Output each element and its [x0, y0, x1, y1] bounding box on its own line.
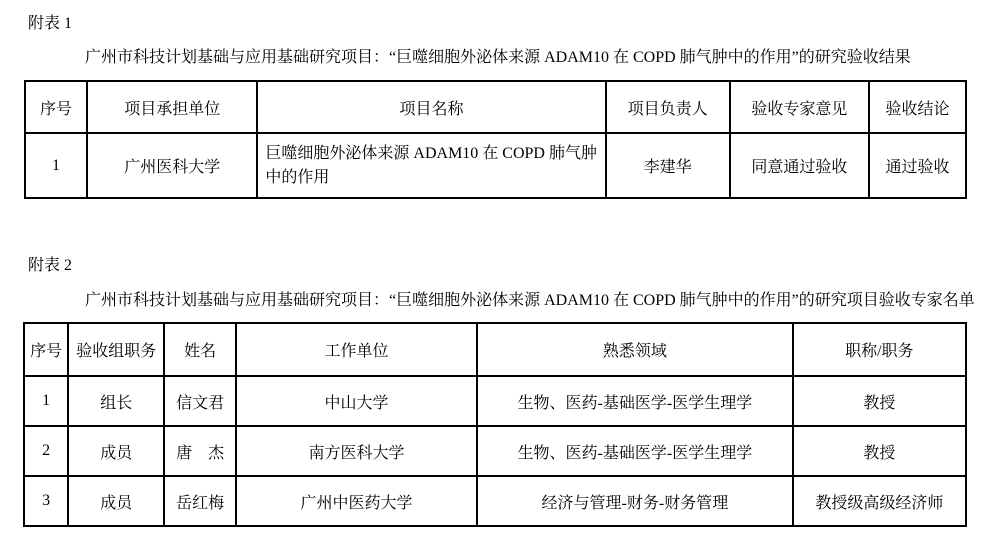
col-header-titlepost: 职称/职务 [793, 323, 966, 376]
table-row: 3 成员 岳红梅 广州中医药大学 经济与管理-财务-财务管理 教授级高级经济师 [24, 476, 966, 526]
cell-titlepost: 教授 [793, 426, 966, 476]
cell-conclusion: 通过验收 [869, 133, 966, 198]
table-header-row: 序号 验收组职务 姓名 工作单位 熟悉领域 职称/职务 [24, 323, 966, 376]
attachment1-label: 附表 1 [28, 10, 72, 33]
cell-project: 巨噬细胞外泌体来源 ADAM10 在 COPD 肺气肿中的作用 [257, 133, 605, 198]
cell-field: 生物、医药-基础医学-医学生理学 [477, 426, 793, 476]
col-header-opinion: 验收专家意见 [730, 81, 869, 133]
cell-workunit: 南方医科大学 [236, 426, 477, 476]
cell-role: 组长 [68, 376, 164, 426]
attachment1-title: 广州市科技计划基础与应用基础研究项目：“巨噬细胞外泌体来源 ADAM10 在 C… [85, 44, 911, 67]
table-row: 2 成员 唐 杰 南方医科大学 生物、医药-基础医学-医学生理学 教授 [24, 426, 966, 476]
col-header-conclusion: 验收结论 [869, 81, 966, 133]
col-header-workunit: 工作单位 [236, 323, 477, 376]
table-row: 1 广州医科大学 巨噬细胞外泌体来源 ADAM10 在 COPD 肺气肿中的作用… [25, 133, 966, 198]
cell-field: 生物、医药-基础医学-医学生理学 [477, 376, 793, 426]
cell-field: 经济与管理-财务-财务管理 [477, 476, 793, 526]
cell-leader: 李建华 [606, 133, 730, 198]
cell-seq: 3 [24, 476, 68, 526]
cell-name: 唐 杰 [164, 426, 236, 476]
cell-opinion: 同意通过验收 [730, 133, 869, 198]
cell-seq: 1 [25, 133, 87, 198]
cell-name: 岳红梅 [164, 476, 236, 526]
cell-role: 成员 [68, 476, 164, 526]
col-header-seq: 序号 [25, 81, 87, 133]
attachment2-title: 广州市科技计划基础与应用基础研究项目：“巨噬细胞外泌体来源 ADAM10 在 C… [85, 287, 975, 310]
cell-titlepost: 教授级高级经济师 [793, 476, 966, 526]
cell-workunit: 广州中医药大学 [236, 476, 477, 526]
attachment2-label: 附表 2 [28, 252, 72, 275]
cell-name: 信文君 [164, 376, 236, 426]
cell-titlepost: 教授 [793, 376, 966, 426]
document-page: 附表 1 广州市科技计划基础与应用基础研究项目：“巨噬细胞外泌体来源 ADAM1… [0, 0, 988, 534]
col-header-project: 项目名称 [257, 81, 605, 133]
cell-undertaker: 广州医科大学 [87, 133, 257, 198]
table-header-row: 序号 项目承担单位 项目名称 项目负责人 验收专家意见 验收结论 [25, 81, 966, 133]
cell-role: 成员 [68, 426, 164, 476]
acceptance-result-table: 序号 项目承担单位 项目名称 项目负责人 验收专家意见 验收结论 1 广州医科大… [24, 80, 967, 199]
col-header-leader: 项目负责人 [606, 81, 730, 133]
col-header-name: 姓名 [164, 323, 236, 376]
cell-seq: 1 [24, 376, 68, 426]
expert-list-table: 序号 验收组职务 姓名 工作单位 熟悉领域 职称/职务 1 组长 信文君 中山大… [23, 322, 967, 527]
table-row: 1 组长 信文君 中山大学 生物、医药-基础医学-医学生理学 教授 [24, 376, 966, 426]
cell-seq: 2 [24, 426, 68, 476]
col-header-role: 验收组职务 [68, 323, 164, 376]
col-header-undertaker: 项目承担单位 [87, 81, 257, 133]
col-header-seq: 序号 [24, 323, 68, 376]
col-header-field: 熟悉领域 [477, 323, 793, 376]
cell-workunit: 中山大学 [236, 376, 477, 426]
